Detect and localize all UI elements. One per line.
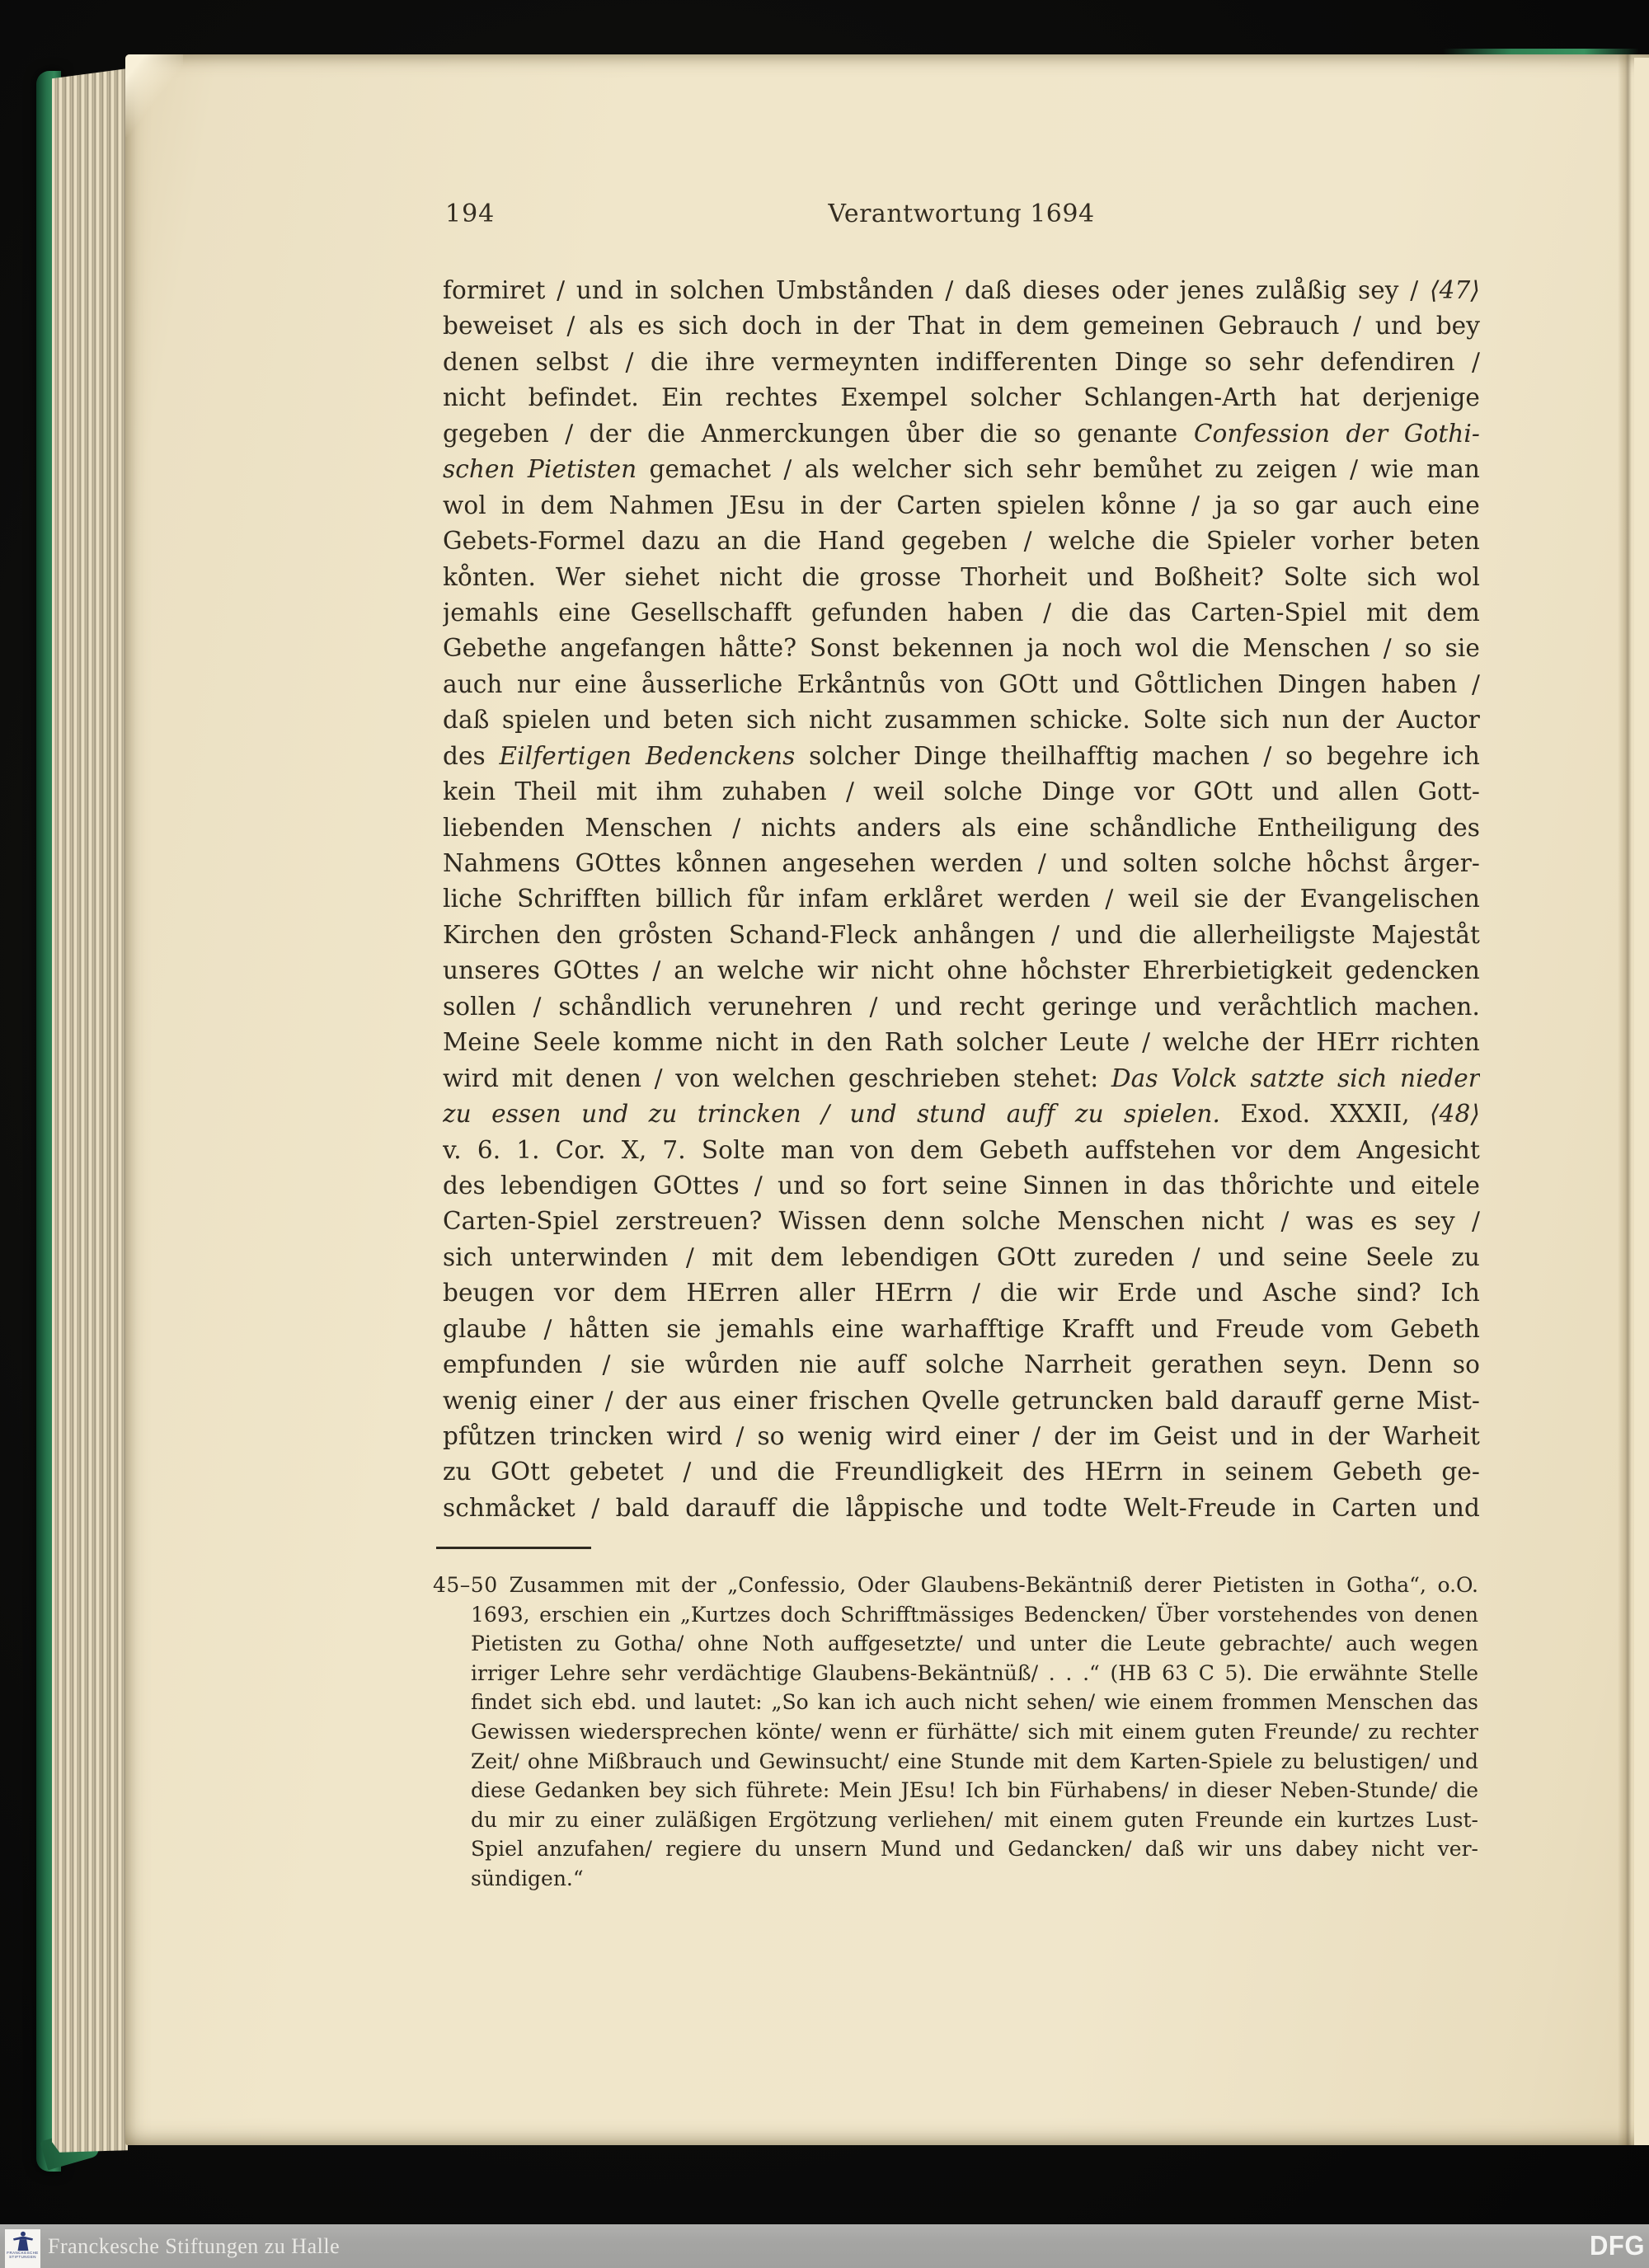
body-line: wird mit denen / von welchen geschrieben… xyxy=(443,1061,1480,1096)
footnote-line: 45–50Zusammen mit der „Confessio, Oder G… xyxy=(433,1571,1478,1600)
body-text-segment: solcher Dinge theilhafftig machen / so b… xyxy=(795,742,1480,770)
body-line: wol in dem Nahmen JEsu in der Carten spi… xyxy=(443,488,1480,524)
footnote-line: du mir zu einer zuläßigen Ergötzung verl… xyxy=(433,1805,1478,1835)
body-text-segment: beugen vor dem HErren aller HErrn / die … xyxy=(443,1279,1480,1307)
body-line: Gebethe angefangen håtte? Sonst bekennen… xyxy=(443,631,1480,666)
body-line: 60Kirchen den gro̊sten Schand-Fleck anhå… xyxy=(443,918,1480,953)
body-line: formiret / und in solchen Umbstånden / d… xyxy=(443,273,1480,308)
footnote-text-segment: irriger Lehre sehr verdächtige Glaubens-… xyxy=(471,1661,1478,1685)
footnote-text-segment: 1693, erschien ein „Kurtzes doch Schriff… xyxy=(471,1603,1478,1627)
body-text-segment: Nahmens GOttes ko̊nnen angesehen werden … xyxy=(443,849,1480,877)
footnote-line: Spiel anzufahen/ regiere du unsern Mund … xyxy=(433,1834,1478,1864)
footnote-text-segment: Zusammen mit der „Confessio, Oder Glaube… xyxy=(510,1573,1478,1597)
footnote-line: sündigen.“ xyxy=(433,1864,1478,1894)
body-line: sollen / schåndlich verunehren / und rec… xyxy=(443,989,1480,1025)
body-text-segment: gegeben / der die Anmerckungen ůber die … xyxy=(443,420,1194,448)
footnote-text-segment: Spiel anzufahen/ regiere du unsern Mund … xyxy=(471,1837,1478,1861)
body-line: 45nicht befindet. Ein rechtes Exempel so… xyxy=(443,380,1480,416)
footnote-text-segment: Gewissen wiedersprechen könte/ wenn er f… xyxy=(471,1720,1478,1744)
footnote-text-segment: du mir zu einer zuläßigen Ergötzung verl… xyxy=(471,1808,1478,1832)
body-text-segment: formiret / und in solchen Umbstånden / d… xyxy=(443,276,1430,304)
body-text-segment: ko̊nten. Wer siehet nicht die grosse Tho… xyxy=(443,563,1480,591)
body-text-segment: sollen / schåndlich verunehren / und rec… xyxy=(443,993,1480,1021)
running-title: Verantwortung 1694 xyxy=(443,200,1480,228)
body-line: 70beugen vor dem HErren aller HErrn / di… xyxy=(443,1275,1480,1311)
body-text-segment: Carten-Spiel zerstreuen? Wissen denn sol… xyxy=(443,1207,1480,1235)
body-text-segment: unseres GOttes / an welche wir nicht ohn… xyxy=(443,956,1480,984)
footnote-line-range-label: 45–50 xyxy=(433,1573,498,1597)
footnote-line: Gewissen wiedersprechen könte/ wenn er f… xyxy=(433,1717,1478,1747)
body-text-italic-segment: zu essen und zu trincken / und stund auf… xyxy=(443,1100,1220,1128)
body-text-segment: empfunden / sie wůrden nie auff solche N… xyxy=(443,1350,1480,1378)
body-line: Carten-Spiel zerstreuen? Wissen denn sol… xyxy=(443,1204,1480,1239)
body-text-italic-segment: Confession der Gothi- xyxy=(1194,420,1480,448)
body-text-segment: pfůtzen trincken wird / so wenig wird ei… xyxy=(443,1422,1480,1450)
body-text-segment: Gebethe angefangen håtte? Sonst bekennen… xyxy=(443,634,1480,662)
body-line: v. 6. 1. Cor. X, 7. Solte man von dem Ge… xyxy=(443,1133,1480,1168)
footnote-line: Pietisten zu Gotha/ ohne Noth auffgesetz… xyxy=(433,1629,1478,1659)
body-text-segment: zu GOtt gebetet / und die Freundligkeit … xyxy=(443,1458,1480,1486)
body-text-segment: Exod. XXXII, xyxy=(1220,1100,1430,1128)
body-line: denen selbst / die ihre vermeynten indif… xyxy=(443,345,1480,380)
body-text-italic-segment: ⟨47⟩ xyxy=(1430,276,1480,304)
page-gutter-fold xyxy=(1618,54,1634,2145)
body-text-segment: beweiset / als es sich doch in der That … xyxy=(443,312,1480,340)
body-line: 65zu essen und zu trincken / und stund a… xyxy=(443,1096,1480,1132)
body-line: Nahmens GOttes ko̊nnen angesehen werden … xyxy=(443,846,1480,881)
body-text-segment: nicht befindet. Ein rechtes Exempel solc… xyxy=(443,383,1480,411)
footnote-line: Zeit/ ohne Mißbrauch und Gewinsucht/ ein… xyxy=(433,1747,1478,1777)
body-text-segment: daß spielen und beten sich nicht zusamme… xyxy=(443,706,1480,734)
body-line: schen Pietisten gemachet / als welcher s… xyxy=(443,452,1480,487)
body-line: Meine Seele komme nicht in den Rath solc… xyxy=(443,1025,1480,1060)
body-text-segment: auch nur eine åusserliche Erkåntnůs von … xyxy=(443,670,1480,698)
body-text-italic-segment: ⟨48⟩ xyxy=(1430,1100,1480,1128)
body-line: 75zu GOtt gebetet / und die Freundligkei… xyxy=(443,1454,1480,1490)
page-edges-stack xyxy=(52,66,128,2153)
body-text-segment: denen selbst / die ihre vermeynten indif… xyxy=(443,348,1480,376)
body-line: liche Schrifften billich fůr infam erklå… xyxy=(443,881,1480,917)
body-text-segment: Gebets-Formel dazu an die Hand gegeben /… xyxy=(443,527,1480,555)
body-line: kein Theil mit ihm zuhaben / weil solche… xyxy=(443,774,1480,810)
body-line: glaube / håtten sie jemahls eine warhaff… xyxy=(443,1312,1480,1347)
body-text-segment: wol in dem Nahmen JEsu in der Carten spi… xyxy=(443,491,1480,519)
footnote-text-segment: sündigen.“ xyxy=(471,1867,584,1890)
body-line: 50ko̊nten. Wer siehet nicht die grosse T… xyxy=(443,560,1480,595)
library-name-label: Franckesche Stiftungen zu Halle xyxy=(48,2234,340,2259)
body-text: formiret / und in solchen Umbstånden / d… xyxy=(443,273,1480,1526)
body-text-italic-segment: Das Volck satzte sich nieder xyxy=(1111,1064,1480,1092)
body-text-segment: des lebendigen GOttes / und so fort sein… xyxy=(443,1172,1480,1200)
body-text-segment: Kirchen den gro̊sten Schand-Fleck anhång… xyxy=(443,921,1480,949)
footnote-separator xyxy=(436,1547,591,1549)
body-text-segment: v. 6. 1. Cor. X, 7. Solte man von dem Ge… xyxy=(443,1136,1480,1164)
body-text-segment: wenig einer / der aus einer frischen Qve… xyxy=(443,1387,1480,1415)
body-line: Gebets-Formel dazu an die Hand gegeben /… xyxy=(443,524,1480,559)
body-line: schmåcket / bald darauff die låppische u… xyxy=(443,1491,1480,1526)
footnote-text-segment: findet sich ebd. und lautet: „So kan ich… xyxy=(471,1690,1478,1714)
franckesche-stiftungen-logo: FRANCKESCHE STIFTUNGEN xyxy=(5,2229,40,2268)
body-line: wenig einer / der aus einer frischen Qve… xyxy=(443,1383,1480,1419)
body-text-segment: jemahls eine Gesellschafft gefunden habe… xyxy=(443,599,1480,627)
dfg-logo: DFG xyxy=(1590,2230,1641,2262)
francke-figure-icon xyxy=(12,2231,35,2251)
body-line: beweiset / als es sich doch in der That … xyxy=(443,308,1480,344)
next-page-sliver xyxy=(1634,58,1649,2145)
logo-text-line2: STIFTUNGEN xyxy=(9,2255,36,2259)
footnote-line: 1693, erschien ein „Kurtzes doch Schriff… xyxy=(433,1600,1478,1630)
body-text-segment: gemachet / als welcher sich sehr bemůhet… xyxy=(637,455,1480,483)
page-corner-fold xyxy=(125,54,183,137)
body-text-segment: liche Schrifften billich fůr infam erklå… xyxy=(443,885,1480,913)
body-text-italic-segment: schen Pietisten xyxy=(443,455,637,483)
scanned-book-page-viewer: { "header": { "page_number": "194", "run… xyxy=(0,0,1649,2268)
body-line: des lebendigen GOttes / und so fort sein… xyxy=(443,1168,1480,1204)
body-text-segment: schmåcket / bald darauff die låppische u… xyxy=(443,1494,1480,1522)
body-text-italic-segment: Eilfertigen Bedenckens xyxy=(500,742,796,770)
body-text-segment: glaube / håtten sie jemahls eine warhaff… xyxy=(443,1315,1480,1343)
footnote-line: irriger Lehre sehr verdächtige Glaubens-… xyxy=(433,1659,1478,1688)
footnote-text-segment: Zeit/ ohne Mißbrauch und Gewinsucht/ ein… xyxy=(471,1749,1478,1773)
footnote-line: findet sich ebd. und lautet: „So kan ich… xyxy=(433,1688,1478,1717)
footnote-line: diese Gedanken bey sich führete: Mein JE… xyxy=(433,1776,1478,1805)
body-line: unseres GOttes / an welche wir nicht ohn… xyxy=(443,953,1480,988)
body-text-segment: liebenden Menschen / nichts anders als e… xyxy=(443,814,1480,842)
body-text-segment: Meine Seele komme nicht in den Rath solc… xyxy=(443,1028,1480,1056)
body-line: daß spielen und beten sich nicht zusamme… xyxy=(443,702,1480,738)
body-line: gegeben / der die Anmerckungen ůber die … xyxy=(443,416,1480,452)
footnote-text-segment: diese Gedanken bey sich führete: Mein JE… xyxy=(471,1778,1478,1802)
body-line: empfunden / sie wůrden nie auff solche N… xyxy=(443,1347,1480,1383)
body-text-segment: sich unterwinden / mit dem lebendigen GO… xyxy=(443,1243,1480,1271)
body-text-segment: kein Theil mit ihm zuhaben / weil solche… xyxy=(443,777,1480,805)
body-line: auch nur eine åusserliche Erkåntnůs von … xyxy=(443,667,1480,702)
body-line: sich unterwinden / mit dem lebendigen GO… xyxy=(443,1240,1480,1275)
body-line: liebenden Menschen / nichts anders als e… xyxy=(443,810,1480,846)
footnote-text-segment: Pietisten zu Gotha/ ohne Noth auffgesetz… xyxy=(471,1632,1478,1655)
body-line: 55des Eilfertigen Bedenckens solcher Din… xyxy=(443,739,1480,774)
footnote-block: 45–50Zusammen mit der „Confessio, Oder G… xyxy=(433,1571,1478,1894)
body-text-segment: des xyxy=(443,742,500,770)
body-text-segment: wird mit denen / von welchen geschrieben… xyxy=(443,1064,1111,1092)
body-line: pfůtzen trincken wird / so wenig wird ei… xyxy=(443,1419,1480,1454)
body-line: jemahls eine Gesellschafft gefunden habe… xyxy=(443,595,1480,631)
